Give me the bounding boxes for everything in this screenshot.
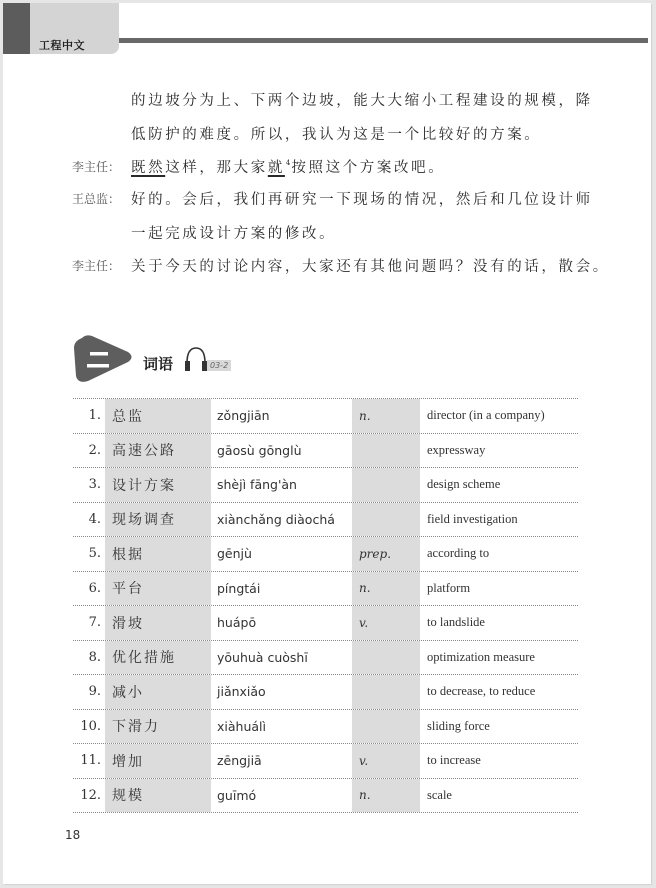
vocab-number: 3.	[73, 477, 105, 492]
vocab-chinese: 滑坡	[105, 606, 211, 640]
grammar-point-jiran: 既然	[131, 160, 165, 176]
header-rule	[119, 38, 648, 43]
footnote-marker: 4	[286, 159, 290, 167]
vocab-chinese: 优化措施	[105, 641, 211, 675]
vocab-number: 6.	[73, 581, 105, 596]
vocab-row: 12.规模guīmón.scale	[73, 778, 578, 814]
vocab-row: 11.增加zēngjiāv.to increase	[73, 743, 578, 778]
vocab-english: design scheme	[420, 477, 578, 492]
vocab-english: to decrease, to reduce	[420, 684, 578, 699]
vocab-part-of-speech: v.	[352, 744, 420, 778]
vocab-row: 4.现场调查xiànchǎng diàocháfield investigati…	[73, 502, 578, 537]
vocab-number: 9.	[73, 684, 105, 699]
vocab-number: 4.	[73, 512, 105, 527]
vocab-english: field investigation	[420, 512, 578, 527]
vocab-chinese: 减小	[105, 675, 211, 709]
vocab-part-of-speech: n.	[352, 572, 420, 606]
vocab-row: 2.高速公路gāosù gōnglùexpressway	[73, 433, 578, 468]
headphones-icon	[184, 345, 208, 373]
vocab-number: 12.	[73, 788, 105, 803]
textbook-page: 工程中文 的边坡分为上、下两个边坡，能大大缩小工程建设的规模，降 低防护的难度。…	[3, 3, 651, 884]
audio-track-code: 03-2	[207, 360, 231, 371]
section-number-badge	[72, 332, 136, 384]
vocab-row: 3.设计方案shèjì fāng'àndesign scheme	[73, 467, 578, 502]
vocab-pinyin: zǒngjiān	[211, 408, 352, 423]
vocab-row: 10.下滑力xiàhuálìsliding force	[73, 709, 578, 744]
dialogue-line: 一起完成设计方案的修改。	[131, 222, 336, 243]
header-dark-block	[3, 3, 30, 54]
vocab-english: director (in a company)	[420, 408, 578, 423]
dialogue-line: 低防护的难度。所以，我认为这是一个比较好的方案。	[131, 123, 541, 144]
vocab-pinyin: guīmó	[211, 788, 352, 803]
vocab-part-of-speech	[352, 675, 420, 709]
audio-track[interactable]: 03-2	[184, 345, 232, 373]
rounded-triangle-icon	[72, 332, 136, 384]
vocab-part-of-speech	[352, 710, 420, 744]
vocab-chinese: 现场调查	[105, 503, 211, 537]
vocab-chinese: 下滑力	[105, 710, 211, 744]
vocab-pinyin: zēngjiā	[211, 753, 352, 768]
vocab-english: to increase	[420, 753, 578, 768]
vocab-pinyin: xiànchǎng diàochá	[211, 512, 352, 527]
vocab-number: 10.	[73, 719, 105, 734]
dialogue-line: 好的。会后，我们再研究一下现场的情况，然后和几位设计师	[131, 188, 593, 209]
vocab-part-of-speech	[352, 503, 420, 537]
vocab-pinyin: huápō	[211, 615, 352, 630]
speaker-label: 王总监：	[72, 190, 120, 207]
vocab-chinese: 增加	[105, 744, 211, 778]
vocab-chinese: 高速公路	[105, 434, 211, 468]
vocab-pinyin: gāosù gōnglù	[211, 443, 352, 458]
vocab-pinyin: jiǎnxiǎo	[211, 684, 352, 699]
vocab-chinese: 总监	[105, 399, 211, 433]
page-number: 18	[65, 828, 80, 842]
vocab-english: optimization measure	[420, 650, 578, 665]
vocab-english: sliding force	[420, 719, 578, 734]
vocab-pinyin: gēnjù	[211, 546, 352, 561]
vocab-row: 7.滑坡huápōv.to landslide	[73, 605, 578, 640]
vocabulary-table: 1.总监zǒngjiānn.director (in a company) 2.…	[73, 398, 578, 813]
vocab-pinyin: yōuhuà cuòshī	[211, 650, 352, 665]
vocab-english: according to	[420, 546, 578, 561]
vocab-english: platform	[420, 581, 578, 596]
vocab-number: 1.	[73, 408, 105, 423]
vocab-part-of-speech: v.	[352, 606, 420, 640]
vocab-number: 8.	[73, 650, 105, 665]
dialogue-line: 的边坡分为上、下两个边坡，能大大缩小工程建设的规模，降	[131, 89, 593, 110]
vocab-pinyin: shèjì fāng'àn	[211, 477, 352, 492]
vocab-row: 8.优化措施yōuhuà cuòshīoptimization measure	[73, 640, 578, 675]
vocab-row: 5.根据gēnjùprep.according to	[73, 536, 578, 571]
vocab-english: scale	[420, 788, 578, 803]
vocab-part-of-speech	[352, 468, 420, 502]
vocab-number: 5.	[73, 546, 105, 561]
vocab-part-of-speech: prep.	[352, 537, 420, 571]
vocab-pinyin: píngtái	[211, 581, 352, 596]
vocab-part-of-speech: n.	[352, 779, 420, 813]
vocab-number: 7.	[73, 615, 105, 630]
vocab-part-of-speech: n.	[352, 399, 420, 433]
dialogue-line: 既然这样，那大家就4按照这个方案改吧。	[131, 156, 445, 177]
dialogue-text: 按照这个方案改吧。	[291, 160, 445, 176]
book-title: 工程中文	[39, 37, 85, 53]
vocab-pinyin: xiàhuálì	[211, 719, 352, 734]
vocab-number: 11.	[73, 753, 105, 768]
vocab-part-of-speech	[352, 641, 420, 675]
vocab-english: to landslide	[420, 615, 578, 630]
vocab-number: 2.	[73, 443, 105, 458]
vocab-chinese: 根据	[105, 537, 211, 571]
dialogue-line: 关于今天的讨论内容，大家还有其他问题吗？没有的话，散会。	[131, 255, 610, 276]
speaker-label: 李主任：	[72, 257, 120, 274]
vocab-chinese: 平台	[105, 572, 211, 606]
vocab-chinese: 设计方案	[105, 468, 211, 502]
vocab-english: expressway	[420, 443, 578, 458]
vocab-row: 9.减小jiǎnxiǎoto decrease, to reduce	[73, 674, 578, 709]
vocab-part-of-speech	[352, 434, 420, 468]
vocab-chinese: 规模	[105, 779, 211, 813]
vocab-row: 6.平台píngtáin.platform	[73, 571, 578, 606]
vocab-row: 1.总监zǒngjiānn.director (in a company)	[73, 398, 578, 433]
section-title: 词语	[143, 353, 173, 374]
dialogue-text: 这样，那大家	[165, 160, 268, 176]
speaker-label: 李主任：	[72, 158, 120, 175]
grammar-point-jiu: 就	[268, 160, 285, 176]
